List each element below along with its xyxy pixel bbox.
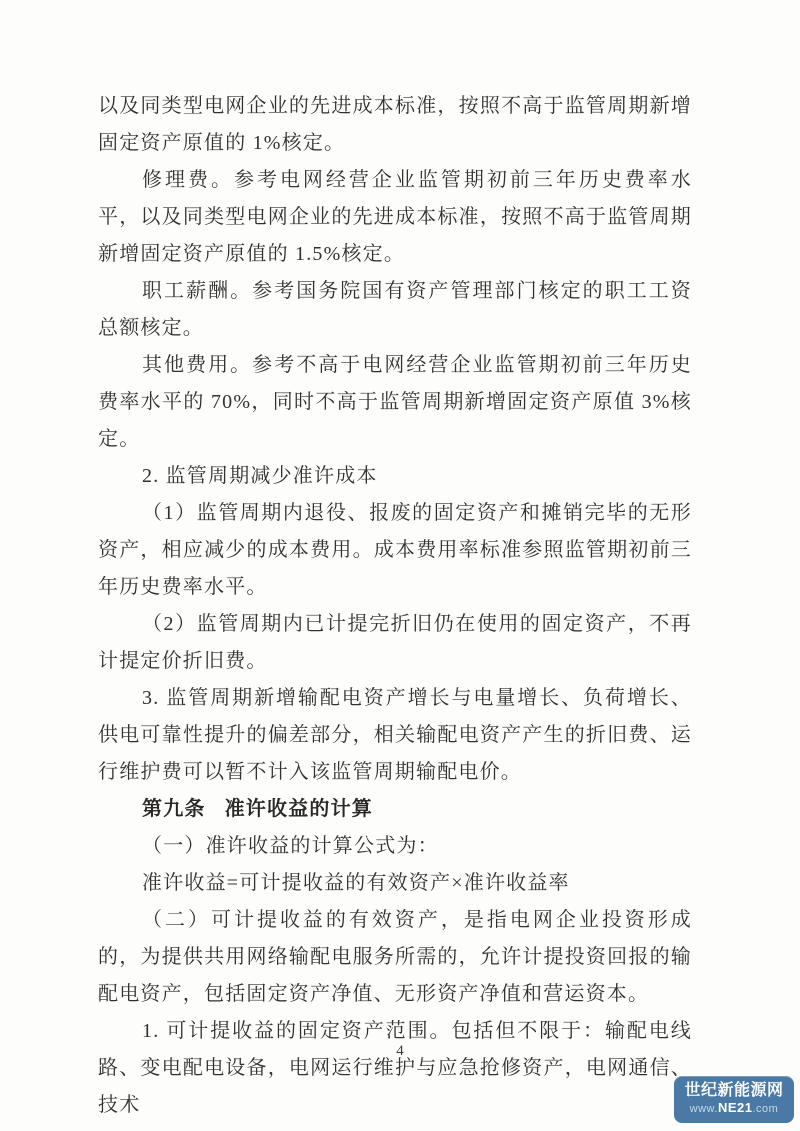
paragraph: 以及同类型电网企业的先进成本标准，按照不高于监管周期新增固定资产原值的 1%核定… — [98, 88, 692, 162]
watermark-url: www.NE21.com — [674, 1100, 794, 1117]
document-page: 以及同类型电网企业的先进成本标准，按照不高于监管周期新增固定资产原值的 1%核定… — [0, 0, 800, 1131]
watermark-url-suffix: .com — [752, 1103, 778, 1115]
paragraph: 其他费用。参考不高于电网经营企业监管期初前三年历史费率水平的 70%，同时不高于… — [98, 347, 692, 458]
paragraph: （1）监管周期内退役、报废的固定资产和摊销完毕的无形资产，相应减少的成本费用。成… — [98, 495, 692, 606]
watermark-logo: 世纪新能源网 www.NE21.com — [674, 1076, 794, 1123]
article-heading-label: 第九条 — [142, 798, 206, 820]
paragraph: （二）可计提收益的有效资产，是指电网企业投资形成的，为提供共用网络输配电服务所需… — [98, 902, 692, 1013]
paragraph: 1. 可计提收益的固定资产范围。包括但不限于：输配电线路、变电配电设备，电网运行… — [98, 1013, 692, 1124]
paragraph: （2）监管周期内已计提完折旧仍在使用的固定资产，不再计提定价折旧费。 — [98, 606, 692, 680]
article-heading-title: 准许收益的计算 — [225, 798, 373, 820]
paragraph: 3. 监管周期新增输配电资产增长与电量增长、负荷增长、供电可靠性提升的偏差部分，… — [98, 680, 692, 791]
article-heading: 第九条准许收益的计算 — [98, 791, 692, 828]
paragraph: （一）准许收益的计算公式为： — [98, 828, 692, 865]
paragraph: 职工薪酬。参考国务院国有资产管理部门核定的职工工资总额核定。 — [98, 273, 692, 347]
watermark-url-brand: NE21 — [718, 1100, 753, 1115]
paragraph: 准许收益=可计提收益的有效资产×准许收益率 — [98, 865, 692, 902]
paragraph: 2. 监管周期减少准许成本 — [98, 458, 692, 495]
page-number: 4 — [0, 1041, 800, 1061]
watermark-url-prefix: www. — [690, 1103, 718, 1115]
watermark-title: 世纪新能源网 — [674, 1081, 794, 1100]
document-body: 以及同类型电网企业的先进成本标准，按照不高于监管周期新增固定资产原值的 1%核定… — [98, 88, 692, 1124]
paragraph: 修理费。参考电网经营企业监管期初前三年历史费率水平，以及同类型电网企业的先进成本… — [98, 162, 692, 273]
